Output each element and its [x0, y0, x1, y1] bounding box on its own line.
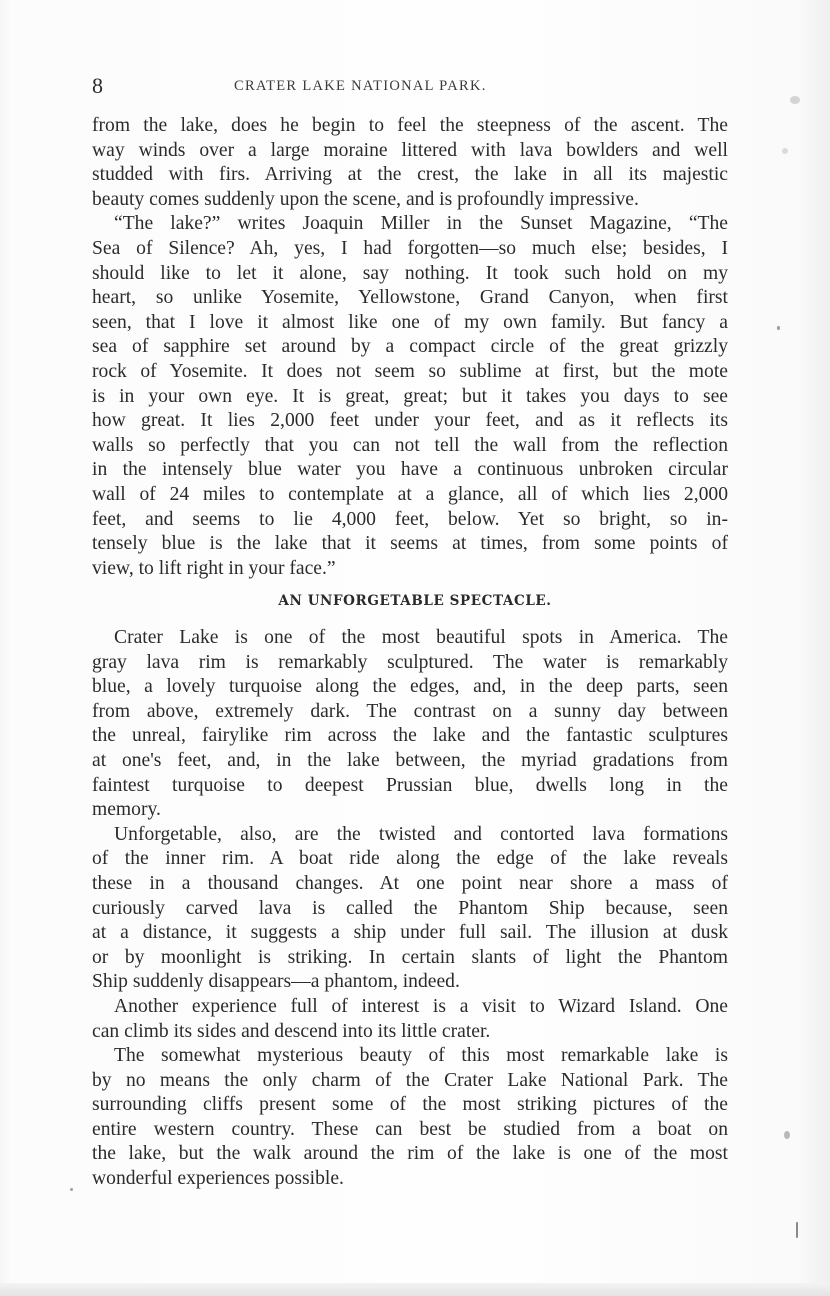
text-line: view, to lift right in your face.” — [92, 557, 728, 582]
text-line: should like to let it alone, say nothing… — [92, 262, 728, 287]
text-line: or by moonlight is striking. In certain … — [92, 946, 728, 971]
text-line: the lake, but the walk around the rim of… — [92, 1142, 728, 1167]
text-line: Unforgetable, also, are the twisted and … — [92, 823, 728, 848]
body-text-block-1: from the lake, does he begin to feel the… — [92, 114, 728, 581]
text-line: from the lake, does he begin to feel the… — [92, 114, 728, 139]
text-line: can climb its sides and descend into its… — [92, 1020, 728, 1045]
text-line: the unreal, fairylike rim across the lak… — [92, 724, 728, 749]
scan-speck — [784, 1131, 790, 1139]
page-edge — [0, 1283, 830, 1296]
scan-speck — [777, 326, 780, 330]
text-line: wall of 24 miles to contemplate at a gla… — [92, 483, 728, 508]
running-title: CRATER LAKE NATIONAL PARK. — [234, 78, 487, 95]
page-number: 8 — [92, 73, 103, 99]
scan-speck — [782, 148, 788, 154]
text-line: curiously carved lava is called the Phan… — [92, 897, 728, 922]
text-line: The somewhat mysterious beauty of this m… — [92, 1044, 728, 1069]
text-line: blue, a lovely turquoise along the edges… — [92, 675, 728, 700]
scan-speck — [790, 96, 800, 104]
text-line: sea of sapphire set around by a compact … — [92, 335, 728, 360]
text-line: Crater Lake is one of the most beautiful… — [92, 626, 728, 651]
text-line: by no means the only charm of the Crater… — [92, 1069, 728, 1094]
text-line: way winds over a large moraine littered … — [92, 139, 728, 164]
text-line: feet, and seems to lie 4,000 feet, below… — [92, 508, 728, 533]
text-line: Another experience full of interest is a… — [92, 995, 728, 1020]
scanned-page: 8 CRATER LAKE NATIONAL PARK. from the la… — [0, 0, 830, 1296]
text-line: entire western country. These can best b… — [92, 1118, 728, 1143]
text-line: of the inner rim. A boat ride along the … — [92, 847, 728, 872]
text-line: at one's feet, and, in the lake between,… — [92, 749, 728, 774]
text-line: memory. — [92, 798, 728, 823]
text-line: gray lava rim is remarkably sculptured. … — [92, 651, 728, 676]
text-line: in the intensely blue water you have a c… — [92, 458, 728, 483]
text-line: studded with firs. Arriving at the crest… — [92, 163, 728, 188]
text-line: surrounding cliffs present some of the m… — [92, 1093, 728, 1118]
text-line: from above, extremely dark. The contrast… — [92, 700, 728, 725]
text-line: Ship suddenly disappears—a phantom, inde… — [92, 970, 728, 995]
text-line: at a distance, it suggests a ship under … — [92, 921, 728, 946]
text-line: rock of Yosemite. It does not seem so su… — [92, 360, 728, 385]
section-heading: AN UNFORGETABLE SPECTACLE. — [0, 593, 830, 609]
text-line: Sea of Silence? Ah, yes, I had forgotten… — [92, 237, 728, 262]
text-line: how great. It lies 2,000 feet under your… — [92, 409, 728, 434]
text-line: walls so perfectly that you can not tell… — [92, 434, 728, 459]
text-line: beauty comes suddenly upon the scene, an… — [92, 188, 728, 213]
text-line: seen, that I love it almost like one of … — [92, 311, 728, 336]
text-line: “The lake?” writes Joaquin Miller in the… — [92, 212, 728, 237]
text-line: tensely blue is the lake that it seems a… — [92, 532, 728, 557]
text-line: wonderful experiences possible. — [92, 1167, 728, 1192]
body-text-block-2: Crater Lake is one of the most beautiful… — [92, 626, 728, 1192]
text-line: heart, so unlike Yosemite, Yellowstone, … — [92, 286, 728, 311]
scan-speck — [796, 1222, 798, 1238]
text-line: these in a thousand changes. At one poin… — [92, 872, 728, 897]
text-line: faintest turquoise to deepest Prussian b… — [92, 774, 728, 799]
running-head: 8 CRATER LAKE NATIONAL PARK. — [92, 73, 722, 99]
text-line: is in your own eye. It is great, great; … — [92, 385, 728, 410]
scan-speck — [70, 1188, 73, 1191]
